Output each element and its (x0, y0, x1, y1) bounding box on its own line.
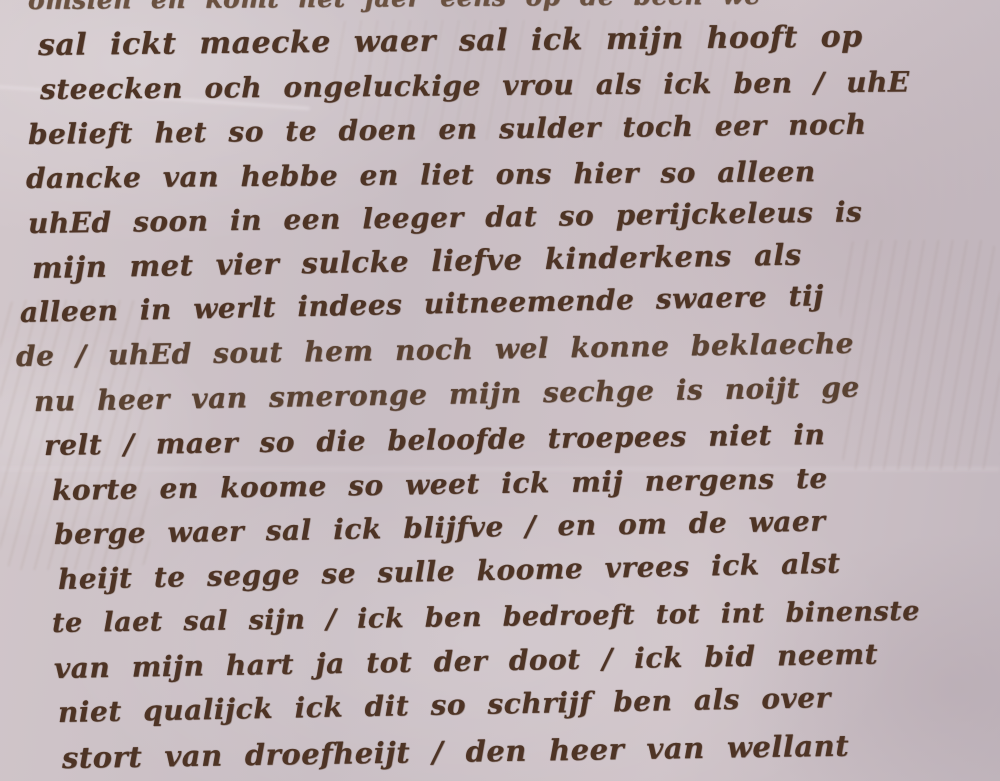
letter-text: omsien en komt het jaer eens op de been … (26, 0, 992, 780)
manuscript-page: omsien en komt het jaer eens op de been … (0, 0, 1000, 781)
manuscript-line: sal ickt maecke waer sal ick mijn hooft … (38, 14, 992, 68)
